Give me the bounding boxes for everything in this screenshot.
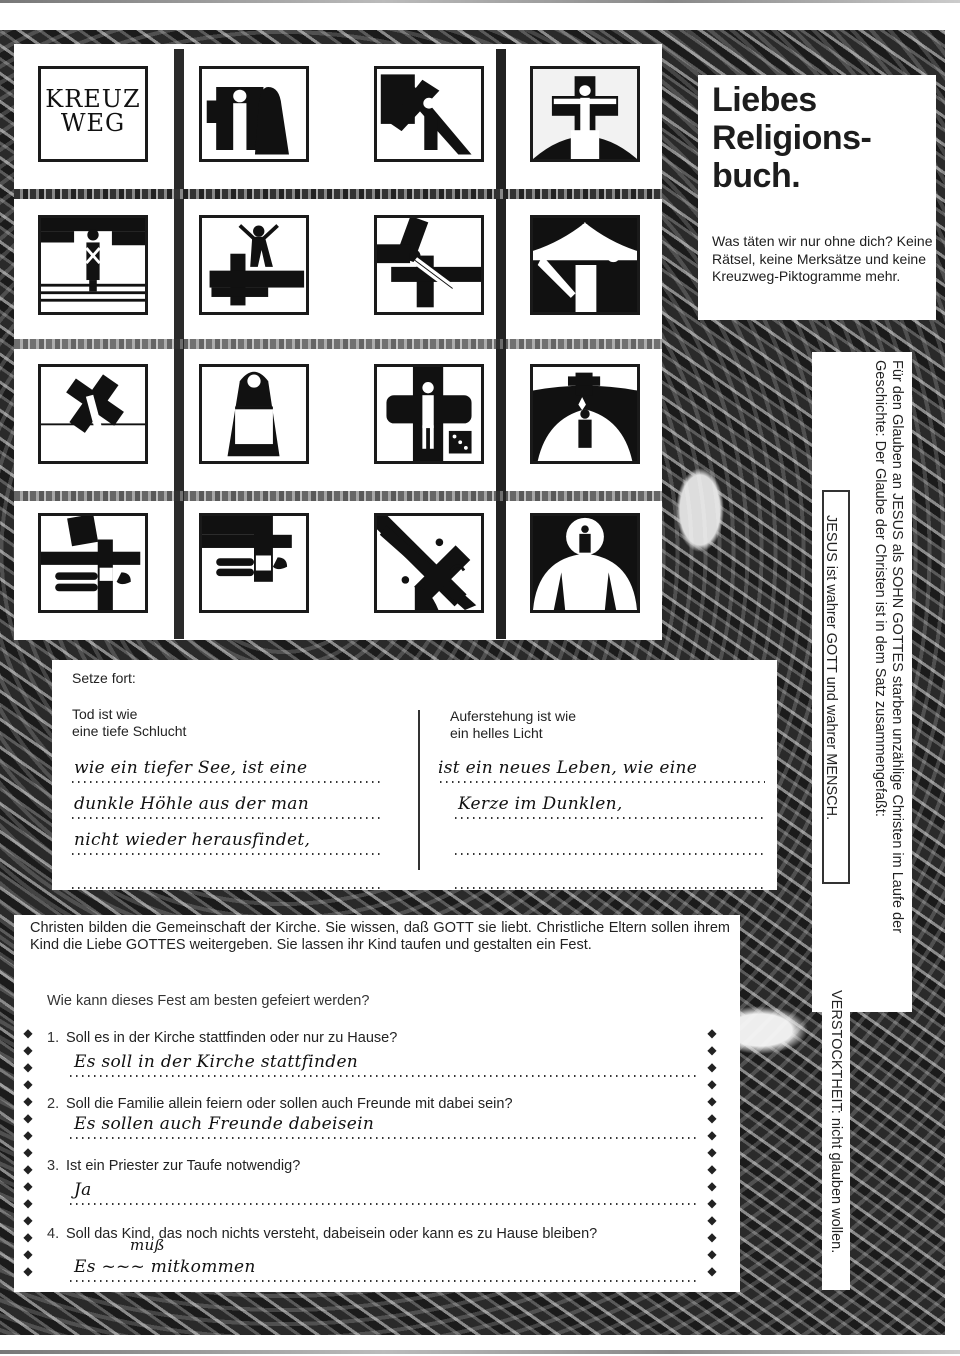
question-number: 1. bbox=[47, 1030, 59, 1046]
setze-fort-heading: Setze fort: bbox=[72, 670, 136, 687]
answer-line[interactable] bbox=[455, 853, 765, 855]
right-prompt-line1: Auferstehung ist wie bbox=[450, 708, 576, 725]
answer-line[interactable] bbox=[72, 817, 384, 819]
handwritten-correction: muß bbox=[130, 1236, 165, 1254]
pictogram-jesus-in-tomb-light bbox=[530, 364, 640, 464]
answer-line[interactable] bbox=[440, 781, 765, 783]
right-prompt-line2: ein helles Licht bbox=[450, 725, 543, 742]
handwritten-answer: dunkle Höhle aus der man bbox=[74, 794, 309, 814]
handwritten-answer: Es sollen auch Freunde dabeisein bbox=[74, 1114, 374, 1134]
kreuzweg-label: KREUZWEG bbox=[41, 87, 145, 135]
pictogram-jesus-falls-with-cross bbox=[38, 364, 148, 464]
scan-edge-top bbox=[0, 0, 960, 3]
jesus-falls-under-cross-icon bbox=[377, 218, 481, 312]
question-text: Ist ein Priester zur Taufe notwendig? bbox=[66, 1158, 696, 1175]
question-number: 3. bbox=[47, 1158, 59, 1174]
title-card: Liebes Religions- buch. Was täten wir nu… bbox=[698, 75, 936, 320]
answer-line[interactable] bbox=[70, 1203, 698, 1205]
jesus-stripped-dice-icon bbox=[377, 367, 481, 461]
grid-divider bbox=[14, 189, 662, 199]
handwritten-answer: Es ~~~ mitkommen bbox=[74, 1257, 256, 1277]
answer-line[interactable] bbox=[72, 781, 384, 783]
answer-line[interactable] bbox=[455, 887, 765, 889]
jesus-on-cross-on-hill-icon bbox=[533, 69, 637, 159]
vertical-note-line1: Für den Glauben an JESUS als SOHN GOTTES… bbox=[888, 360, 905, 933]
answer-line[interactable] bbox=[455, 817, 765, 819]
risen-figure-in-halo-icon bbox=[533, 516, 637, 610]
veronica-with-cloth-icon bbox=[202, 367, 306, 461]
scan-edge-bottom bbox=[0, 1350, 960, 1354]
jesus-stands-over-fallen-cross-icon bbox=[202, 218, 306, 312]
pictogram-jesus-falls-under-cross bbox=[374, 215, 484, 315]
jesus-laid-on-cross-icon bbox=[41, 516, 145, 610]
pieta-mary-holding-jesus-icon: + bbox=[533, 218, 637, 312]
title-subtitle: Was täten wir nur ohne dich? Keine Rätse… bbox=[712, 233, 934, 286]
pictogram-jesus-bound-before-pilate bbox=[38, 215, 148, 315]
creed-statement: JESUS ist wahrer GOTT und wahrer MENSCH. bbox=[822, 515, 839, 820]
question-text: Soll es in der Kirche stattfinden oder n… bbox=[66, 1030, 696, 1047]
handwritten-answer: Es soll in der Kirche stattfinden bbox=[74, 1052, 358, 1072]
pictogram-veronica-with-cloth bbox=[199, 364, 309, 464]
handwritten-answer: wie ein tiefer See, ist eine bbox=[74, 758, 307, 778]
pictogram-jesus-stands-over-fallen-cross bbox=[199, 215, 309, 315]
title-line: buch. bbox=[712, 157, 800, 195]
handwritten-answer: nicht wieder herausfindet, bbox=[74, 830, 310, 850]
pictogram-jesus-laid-on-cross bbox=[38, 513, 148, 613]
jesus-falls-with-cross-icon bbox=[41, 367, 145, 461]
title-line: Liebes bbox=[712, 81, 817, 119]
left-prompt-line2: eine tiefe Schlucht bbox=[72, 723, 186, 740]
cross-with-nails-hammer-icon bbox=[377, 516, 481, 610]
baptism-paragraph: Christen bilden die Gemeinschaft der Kir… bbox=[30, 920, 730, 954]
pictogram-cross-with-nails-hammer bbox=[374, 513, 484, 613]
question-text: Soll die Familie allein feiern oder soll… bbox=[66, 1096, 696, 1113]
page-title: Liebes Religions- buch. bbox=[712, 81, 871, 195]
title-line: Religions- bbox=[712, 119, 871, 157]
pictogram-risen-figure-in-halo bbox=[530, 513, 640, 613]
pictogram-jesus-nailed-to-cross bbox=[199, 513, 309, 613]
jesus-bound-before-pilate-icon bbox=[41, 218, 145, 312]
pictogram-pieta-mary-holding-jesus: + bbox=[530, 215, 640, 315]
handwritten-answer: Ja bbox=[74, 1180, 92, 1200]
jesus-nailed-to-cross-icon bbox=[202, 516, 306, 610]
question-number: 2. bbox=[47, 1096, 59, 1112]
answer-line[interactable] bbox=[70, 1075, 698, 1077]
left-prompt-line1: Tod ist wie bbox=[72, 706, 137, 723]
answer-line[interactable] bbox=[72, 887, 384, 889]
pictogram-kreuzweg-title: KREUZWEG bbox=[38, 66, 148, 162]
answer-line[interactable] bbox=[70, 1280, 698, 1282]
answer-line[interactable] bbox=[72, 853, 384, 855]
pictogram-jesus-on-cross-on-hill bbox=[530, 66, 640, 162]
pictogram-jesus-with-cross-and-woman bbox=[199, 66, 309, 162]
grid-divider bbox=[14, 339, 662, 349]
jesus-with-cross-and-woman-icon bbox=[202, 69, 306, 159]
diamond-border-left: ◆◆◆◆◆◆◆◆◆◆◆◆◆◆◆ bbox=[22, 1025, 34, 1280]
handwritten-answer: ist ein neues Leben, wie eine bbox=[438, 758, 697, 778]
question-intro: Wie kann dieses Fest am besten gefeiert … bbox=[47, 993, 369, 1009]
diamond-border-right: ◆◆◆◆◆◆◆◆◆◆◆◆◆◆◆ bbox=[706, 1025, 718, 1280]
handwritten-answer: Kerze im Dunklen, bbox=[458, 794, 623, 814]
vertical-note-line2: Geschichte: Der Glaube der Christen ist … bbox=[871, 360, 888, 817]
svg-text:+: + bbox=[582, 218, 588, 229]
jesus-in-tomb-light-icon bbox=[533, 367, 637, 461]
column-divider bbox=[418, 710, 420, 870]
pictogram-jesus-stripped-dice bbox=[374, 364, 484, 464]
verstocktheit-definition: VERSTOCKTHEIT: nicht glauben wollen. bbox=[827, 990, 844, 1253]
answer-line[interactable] bbox=[70, 1137, 698, 1139]
women-weeping-jesus-carrying-cross-icon bbox=[377, 69, 481, 159]
grid-divider bbox=[14, 491, 662, 501]
question-number: 4. bbox=[47, 1226, 59, 1242]
pictogram-women-weeping-jesus-carrying-cross bbox=[374, 66, 484, 162]
